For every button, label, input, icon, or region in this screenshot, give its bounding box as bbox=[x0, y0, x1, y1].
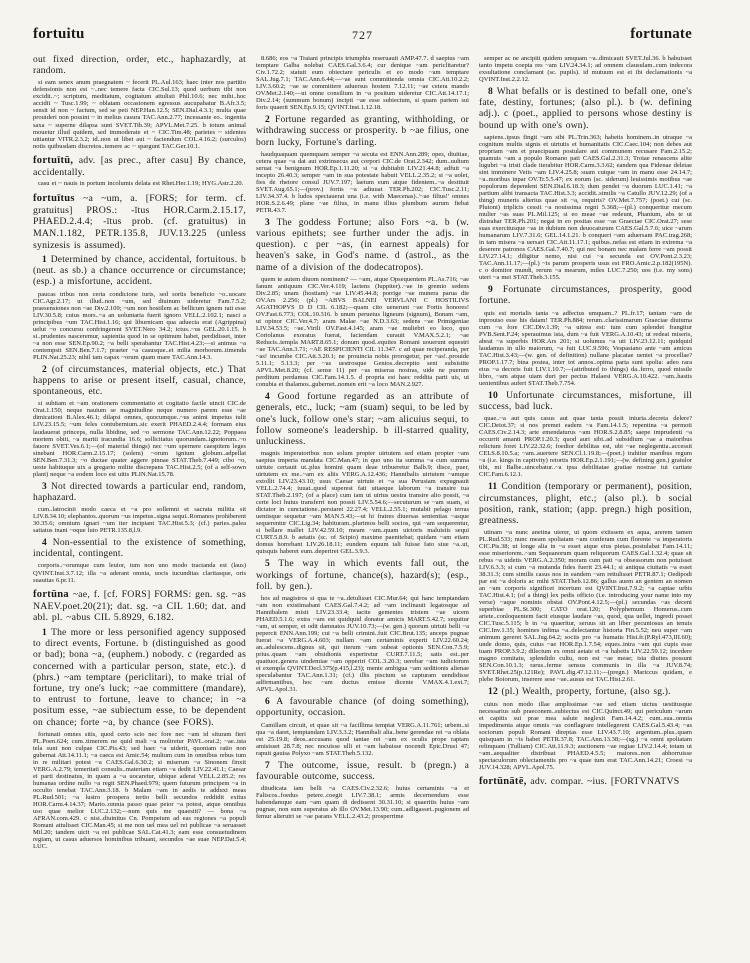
block-text: The way in which events fall out, the wo… bbox=[256, 559, 469, 591]
block-text: 8.686; eos ~a Traiani principis triumphi… bbox=[256, 55, 469, 111]
block-text: quis est mortalis tanta ~a adfectus umqu… bbox=[479, 310, 692, 387]
sense-definition: 1 The more or less personified agency su… bbox=[33, 628, 246, 729]
page-header: fortuitu 727 fortunate bbox=[33, 26, 692, 46]
citation-block: quis est mortalis tanta ~a adfectus umqu… bbox=[479, 310, 692, 387]
sense-definition: 2 Fortune regarded as granting, withhold… bbox=[256, 115, 469, 149]
entry-paragraph: fortūnātē, adv. compar. ~ius. [FORTVNATV… bbox=[479, 776, 692, 788]
sense-number: 4 bbox=[265, 392, 270, 402]
sense-definition: 12 (pl.) Wealth, property, fortune, (als… bbox=[479, 687, 692, 698]
sense-number: 1 bbox=[42, 628, 47, 638]
citation-block: 8.686; eos ~a Traiani principis triumphi… bbox=[256, 55, 469, 111]
citation-block: quae..~a aut quis casus aut quae tanta p… bbox=[479, 415, 692, 478]
sense-number: 1 bbox=[42, 255, 47, 265]
block-text: casu et ~ nauis in portum incolumis dela… bbox=[38, 180, 243, 187]
block-text: cum..latrocinii modo caeca et ~a pro sol… bbox=[33, 506, 246, 534]
column-3: semper ac ne ancipiti quidem umquam ~a..… bbox=[479, 55, 692, 953]
block-text: quem te autem diuom nominem? — ~am, atqu… bbox=[256, 276, 469, 388]
sense-definition: 3 Not directed towards a particular end,… bbox=[33, 482, 246, 504]
block-text: adv. compar. ~ius. [FORTVNATVS bbox=[530, 776, 679, 787]
sense-definition: 4 Non-essential to the existence of some… bbox=[33, 538, 246, 560]
block-text: Not directed towards a particular end, r… bbox=[33, 482, 246, 503]
sense-definition: 8 What befalls or is destined to befall … bbox=[479, 87, 692, 132]
citation-block: magnis imperatoribus non solum propter u… bbox=[256, 450, 469, 555]
block-text: quae..~a aut quis casus aut quae tanta p… bbox=[479, 415, 692, 478]
block-text: Fortune regarded as granting, withholdin… bbox=[256, 115, 469, 147]
headword: fortūnātē, bbox=[479, 776, 527, 787]
headword: fortuītū, bbox=[33, 155, 73, 166]
sense-number: 11 bbox=[488, 482, 497, 492]
citation-block: cum..latrocinii modo caeca et ~a pro sol… bbox=[33, 506, 246, 534]
block-text: haudquaquam quemquam semper ~a secuta es… bbox=[256, 151, 469, 214]
column-1: out fixed direction, order, etc., haphaz… bbox=[33, 55, 246, 953]
sense-definition: 3 The goddess Fortune; also Fors ~a. b (… bbox=[256, 218, 469, 274]
sense-number: 3 bbox=[42, 482, 47, 492]
text-columns: out fixed direction, order, etc., haphaz… bbox=[33, 55, 692, 953]
citation-block: hos ad magistros si qua te ~a..detulisse… bbox=[256, 595, 469, 693]
column-2: 8.686; eos ~a Traiani principis triumphi… bbox=[256, 55, 469, 953]
citation-block: diiudicata iam belli ~a CAES.Civ.2.32.6;… bbox=[256, 785, 469, 820]
sense-number: 12 bbox=[488, 687, 498, 697]
sense-number: 2 bbox=[42, 365, 47, 375]
block-text: si eam senex anum praegnatem ~ fecerit P… bbox=[33, 79, 246, 149]
block-text: utinam ~a nunc anetina uterer, ut quom e… bbox=[479, 529, 692, 683]
citation-block: paucas tribus non certa condicione iuris… bbox=[33, 291, 246, 361]
citation-block: cuius non modo illae amplissimae ~ae sed… bbox=[479, 701, 692, 771]
sense-definition: 4 Good fortune regarded as an attribute … bbox=[256, 392, 469, 448]
sense-definition: 6 A favourable chance (of doing somethin… bbox=[256, 697, 469, 719]
block-text: paucas tribus non certa condicione iuris… bbox=[33, 291, 246, 361]
entry-paragraph: fortuītus ~a ~um, a. [FORS; for term. cf… bbox=[33, 193, 246, 252]
sense-definition: 1 Determined by chance, accidental, fort… bbox=[33, 255, 246, 289]
block-text: (of circumstances, material objects, etc… bbox=[33, 365, 246, 397]
block-text: Good fortune regarded as an attribute of… bbox=[256, 392, 469, 447]
block-text: Condition (temporary or permanent), posi… bbox=[479, 482, 692, 526]
block-text: Determined by chance, accidental, fortui… bbox=[33, 255, 246, 287]
block-text: si subitam et ~am orationem commentatio … bbox=[33, 400, 246, 477]
citation-block: semper ac ne ancipiti quidem umquam ~a..… bbox=[479, 55, 692, 83]
block-text: Fortunate circumstances, prosperity, goo… bbox=[479, 285, 692, 306]
citation-block: haudquaquam quemquam semper ~a secuta es… bbox=[256, 151, 469, 214]
guide-word-right: fortunate bbox=[630, 26, 692, 43]
block-text: magnis imperatoribus non solum propter u… bbox=[256, 450, 469, 555]
citation-block: sapiens..ipsus fingit ~am sibi PL.Trin.3… bbox=[479, 134, 692, 281]
citation-block: quem te autem diuom nominem? — ~am, atqu… bbox=[256, 276, 469, 388]
sense-number: 8 bbox=[488, 87, 493, 97]
page-number: 727 bbox=[33, 28, 692, 43]
headword: fortuītus bbox=[33, 193, 75, 204]
sense-definition: 7 The outcome, issue, result. b (pregn.)… bbox=[256, 761, 469, 783]
citation-block: corporis..~orumque cum leuior, tum non u… bbox=[33, 562, 246, 583]
sense-number: 10 bbox=[488, 391, 498, 401]
block-text: A favourable chance (of doing something)… bbox=[256, 697, 469, 718]
sense-number: 3 bbox=[265, 218, 270, 228]
block-text: hos ad magistros si qua te ~a..detulisse… bbox=[256, 595, 469, 693]
block-text: Camillam circuit, et quae sit ~a facilli… bbox=[256, 722, 469, 757]
block-text: The goddess Fortune; also Fors ~a. b (w.… bbox=[256, 218, 469, 273]
citation-block: fortunati omnes sitis, quod certo scio n… bbox=[33, 731, 246, 850]
entry-paragraph: fortūna ~ae, f. [cf. FORS] FORMS: gen. s… bbox=[33, 589, 246, 624]
block-text: fortunati omnes sitis, quod certo scio n… bbox=[33, 731, 246, 850]
block-text: out fixed direction, order, etc., haphaz… bbox=[33, 55, 246, 76]
citation-block: Camillam circuit, et quae sit ~a facilli… bbox=[256, 722, 469, 757]
block-text: cuius non modo illae amplissimae ~ae sed… bbox=[479, 701, 692, 771]
sense-number: 5 bbox=[265, 559, 270, 569]
citation-block: si eam senex anum praegnatem ~ fecerit P… bbox=[33, 79, 246, 149]
block-text: Unfortunate circumstances, misfortune, i… bbox=[479, 391, 692, 412]
sense-definition: 5 The way in which events fall out, the … bbox=[256, 559, 469, 593]
block-text: semper ac ne ancipiti quidem umquam ~a..… bbox=[479, 55, 692, 83]
continuation-text: out fixed direction, order, etc., haphaz… bbox=[33, 55, 246, 77]
sense-number: 7 bbox=[265, 761, 270, 771]
block-text: The outcome, issue, result. b (pregn.) a… bbox=[256, 761, 469, 782]
citation-block: si subitam et ~am orationem commentatio … bbox=[33, 400, 246, 477]
block-text: diiudicata iam belli ~a CAES.Civ.2.32.6;… bbox=[256, 785, 469, 820]
sense-definition: 2 (of circumstances, material objects, e… bbox=[33, 365, 246, 399]
sense-definition: 10 Unfortunate circumstances, misfortune… bbox=[479, 391, 692, 413]
sense-number: 2 bbox=[265, 115, 270, 125]
citation-block: utinam ~a nunc anetina uterer, ut quom e… bbox=[479, 529, 692, 683]
sense-number: 9 bbox=[488, 285, 493, 295]
sense-definition: 9 Fortunate circumstances, prosperity, g… bbox=[479, 285, 692, 307]
block-text: corporis..~orumque cum leuior, tum non u… bbox=[33, 562, 246, 583]
dictionary-page: fortuitu 727 fortunate out fixed directi… bbox=[0, 0, 750, 963]
entry-paragraph: fortuītū, adv. [as prec., after casu] By… bbox=[33, 155, 246, 179]
headword: fortūna bbox=[33, 589, 69, 600]
citation-block: casu et ~ nauis in portum incolumis dela… bbox=[33, 180, 246, 187]
block-text: Non-essential to the existence of someth… bbox=[33, 538, 246, 559]
block-text: The more or less personified agency supp… bbox=[33, 628, 246, 728]
sense-number: 4 bbox=[42, 538, 47, 548]
block-text: What befalls or is destined to befall on… bbox=[479, 87, 692, 131]
sense-definition: 11 Condition (temporary or permanent), p… bbox=[479, 482, 692, 527]
sense-number: 6 bbox=[265, 697, 270, 707]
block-text: (pl.) Wealth, property, fortune, (also s… bbox=[501, 687, 670, 697]
block-text: sapiens..ipsus fingit ~am sibi PL.Trin.3… bbox=[479, 134, 692, 281]
